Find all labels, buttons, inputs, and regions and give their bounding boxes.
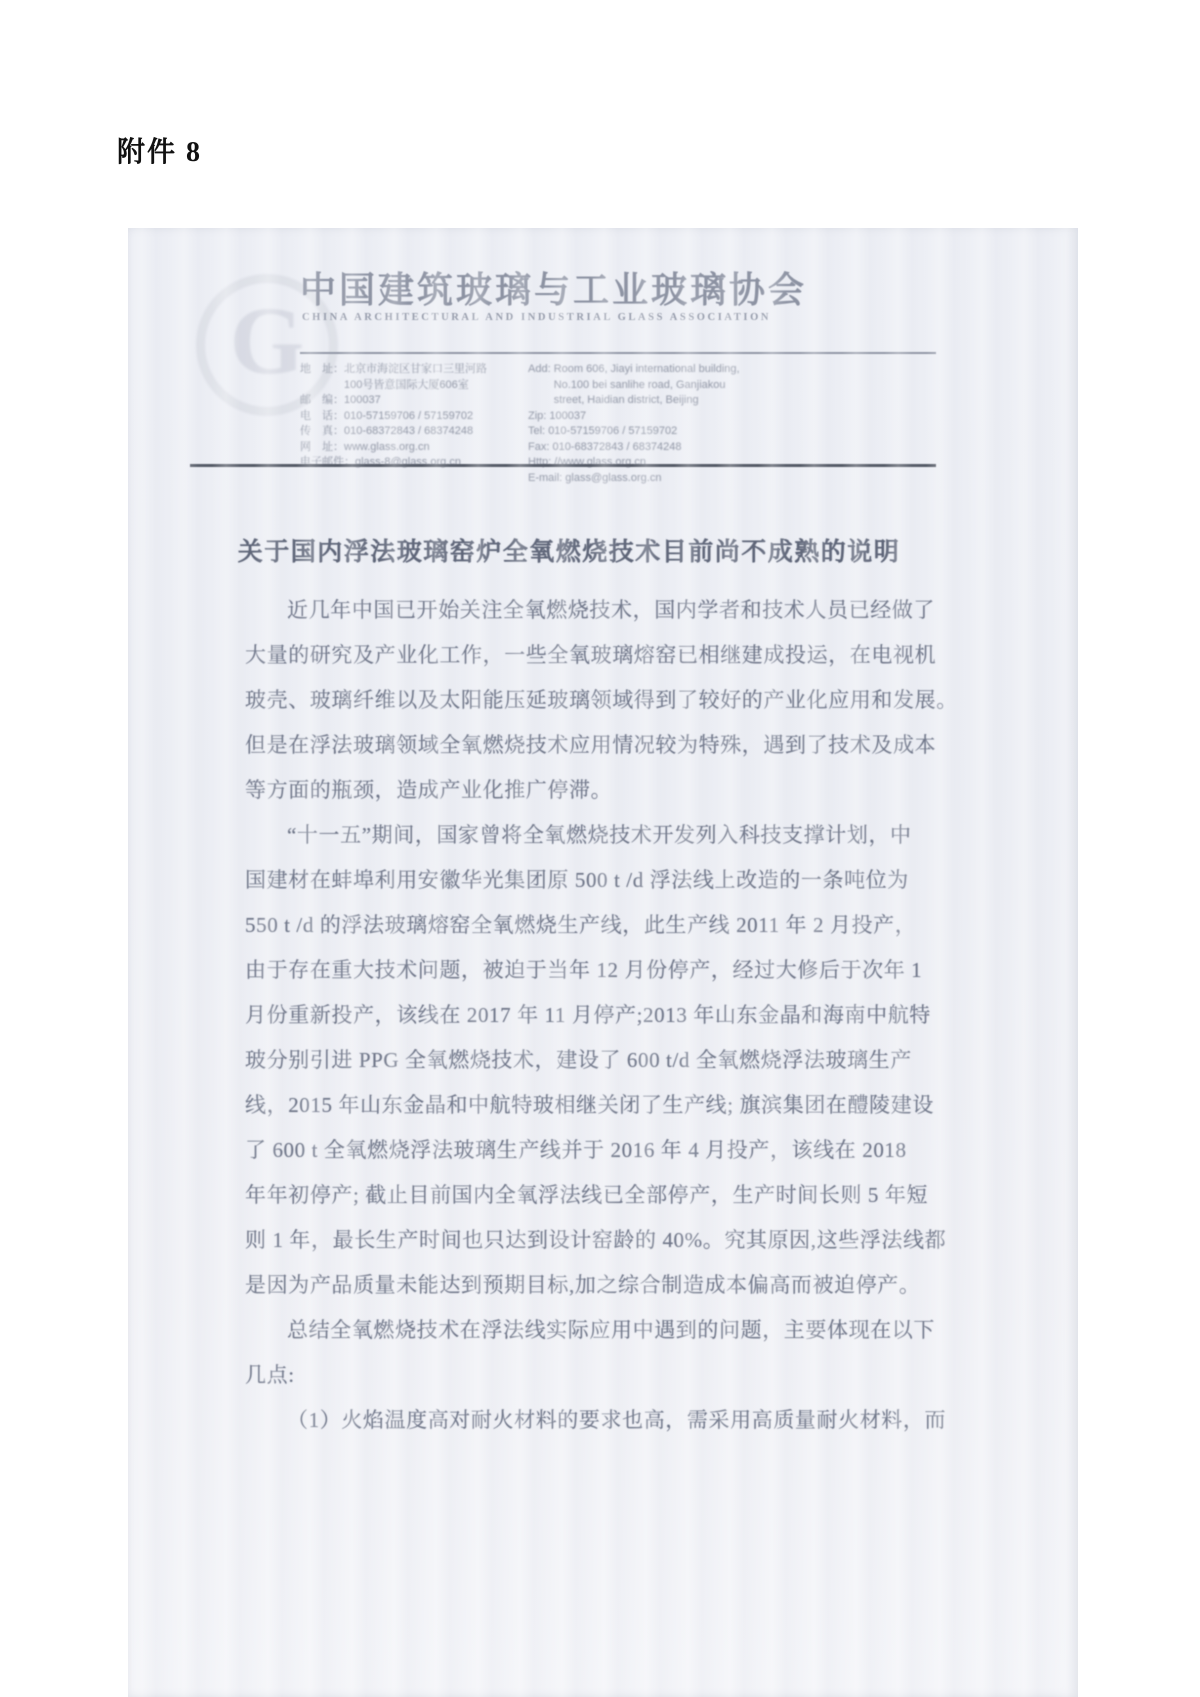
body-line: 了 600 t 全氧燃烧浮法玻璃生产线并于 2016 年 4 月投产，该线在 2… <box>245 1128 897 1173</box>
contact-column-english: Add: Room 606, Jiayi international build… <box>528 362 748 486</box>
contact-label: Zip: <box>528 409 549 425</box>
contact-row-cn: 电 话：010-57159706 / 57159702 <box>300 409 520 425</box>
contact-value: Room 606, Jiayi international building, … <box>554 362 748 409</box>
body-line: 是因为产品质量未能达到预期目标,加之综合制造成本偏高而被迫停产。 <box>245 1263 897 1308</box>
contact-label: Tel: <box>528 424 548 440</box>
body-line: 550 t /d 的浮法玻璃熔窑全氧燃烧生产线，此生产线 2011 年 2 月投… <box>245 903 897 948</box>
contact-value: 010-57159706 / 57159702 <box>344 409 520 425</box>
body-line: 玻分别引进 PPG 全氧燃烧技术，建设了 600 t/d 全氧燃烧浮法玻璃生产 <box>245 1038 897 1083</box>
body-line: “十一五”期间，国家曾将全氧燃烧技术开发列入科技支撑计划，中 <box>245 813 897 858</box>
contact-row-cn: 传 真：010-68372843 / 68374248 <box>300 424 520 440</box>
contact-value: 100037 <box>549 409 748 425</box>
contact-row-en: Fax: 010-68372843 / 68374248 <box>528 440 748 456</box>
contact-value: 010-57159706 / 57159702 <box>548 424 748 440</box>
document-page: { "page": { "attachment_label": "附件 8" }… <box>0 0 1200 1697</box>
org-name-english: CHINA ARCHITECTURAL AND INDUSTRIAL GLASS… <box>302 312 942 323</box>
contact-label: Fax: <box>528 440 552 456</box>
contact-row-en: Tel: 010-57159706 / 57159702 <box>528 424 748 440</box>
letterhead-divider-thin <box>300 352 936 354</box>
body-line: 总结全氧燃烧技术在浮法线实际应用中遇到的问题，主要体现在以下 <box>245 1308 897 1353</box>
contact-label: 邮 编： <box>300 393 344 409</box>
contact-label: 网 址： <box>300 440 344 456</box>
contact-value: www.glass.org.cn <box>344 440 520 456</box>
contact-value: 100037 <box>344 393 520 409</box>
contact-value: 010-68372843 / 68374248 <box>552 440 748 456</box>
body-line: 由于存在重大技术问题，被迫于当年 12 月份停产，经过大修后于次年 1 <box>245 948 897 993</box>
contact-label: 电子邮件： <box>300 455 355 471</box>
contact-label: E-mail: <box>528 471 565 487</box>
body-line: 几点: <box>245 1353 897 1398</box>
contact-row-en: Http: //www.glass.org.cn <box>528 455 748 471</box>
contact-row-en: E-mail: glass@glass.org.cn <box>528 471 748 487</box>
contact-row-en: Add: Room 606, Jiayi international build… <box>528 362 748 409</box>
body-line: 玻壳、玻璃纤维以及太阳能压延玻璃领域得到了较好的产业化应用和发展。 <box>245 678 897 723</box>
body-line: 则 1 年，最长生产时间也只达到设计窑龄的 40%。究其原因,这些浮法线都 <box>245 1218 897 1263</box>
contact-value: 北京市海淀区甘家口三里河路 100号皆意国际大厦606室 <box>344 362 520 393</box>
contact-label: 电 话： <box>300 409 344 425</box>
letterhead-divider-thick <box>190 464 936 467</box>
contact-row-cn: 网 址：www.glass.org.cn <box>300 440 520 456</box>
body-line: 线，2015 年山东金晶和中航特玻相继关闭了生产线; 旗滨集团在醴陵建设 <box>245 1083 897 1128</box>
letter-body: 近几年中国已开始关注全氧燃烧技术，国内学者和技术人员已经做了大量的研究及产业化工… <box>245 588 897 1443</box>
body-line: 国建材在蚌埠利用安徽华光集团原 500 t /d 浮法线上改造的一条吨位为 <box>245 858 897 903</box>
body-line: （1）火焰温度高对耐火材料的要求也高，需采用高质量耐火材料，而 <box>245 1398 897 1443</box>
contact-value: glass@glass.org.cn <box>565 471 748 487</box>
contact-row-cn: 地 址：北京市海淀区甘家口三里河路 100号皆意国际大厦606室 <box>300 362 520 393</box>
contact-label: Http: <box>528 455 554 471</box>
contact-column-chinese: 地 址：北京市海淀区甘家口三里河路 100号皆意国际大厦606室邮 编：1000… <box>300 362 520 471</box>
body-line: 等方面的瓶颈，造成产业化推广停滞。 <box>245 768 897 813</box>
contact-value: glass-8@glass.org.cn <box>355 455 520 471</box>
attachment-label: 附件 8 <box>117 130 202 170</box>
logo-g-glyph: G <box>230 285 305 396</box>
body-line: 但是在浮法玻璃领域全氧燃烧技术应用情况较为特殊，遇到了技术及成本 <box>245 723 897 768</box>
body-line: 近几年中国已开始关注全氧燃烧技术，国内学者和技术人员已经做了 <box>245 588 897 633</box>
contact-label: Add: <box>528 362 554 409</box>
letter-title: 关于国内浮法玻璃窑炉全氧燃烧技术目前尚不成熟的说明 <box>190 532 948 568</box>
org-name-chinese: 中国建筑玻璃与工业玻璃协会 <box>300 262 940 313</box>
contact-row-cn: 电子邮件：glass-8@glass.org.cn <box>300 455 520 471</box>
body-line: 大量的研究及产业化工作，一些全氧玻璃熔窑已相继建成投运，在电视机 <box>245 633 897 678</box>
scanned-letter: G 中国建筑玻璃与工业玻璃协会 CHINA ARCHITECTURAL AND … <box>128 228 1078 1697</box>
contact-block: 地 址：北京市海淀区甘家口三里河路 100号皆意国际大厦606室邮 编：1000… <box>300 362 940 462</box>
contact-row-cn: 邮 编：100037 <box>300 393 520 409</box>
contact-value: 010-68372843 / 68374248 <box>344 424 520 440</box>
contact-label: 传 真： <box>300 424 344 440</box>
body-line: 年年初停产; 截止目前国内全氧浮法线已全部停产，生产时间长则 5 年短 <box>245 1173 897 1218</box>
body-line: 月份重新投产，该线在 2017 年 11 月停产;2013 年山东金晶和海南中航… <box>245 993 897 1038</box>
contact-row-en: Zip: 100037 <box>528 409 748 425</box>
contact-label: 地 址： <box>300 362 344 393</box>
contact-value: //www.glass.org.cn <box>554 455 748 471</box>
